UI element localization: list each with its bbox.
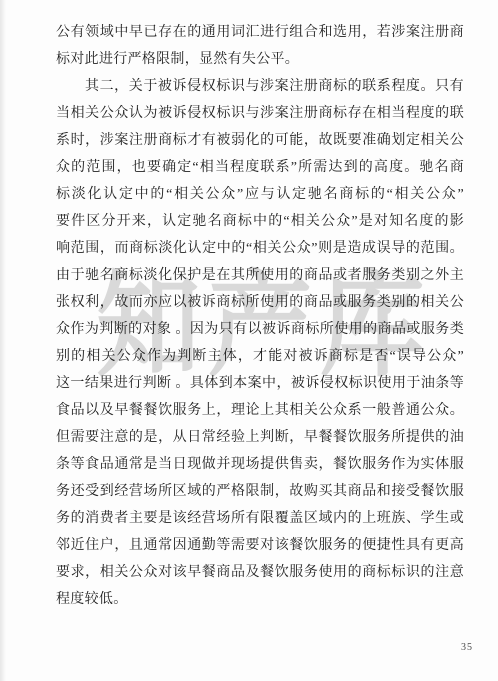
text-line: 务的消费者主要是该经营场所有限覆盖区域内的上班族、学生或 xyxy=(56,505,464,532)
text-line: 当相关公众认为被诉侵权标识与涉案注册商标存在相当程度的联 xyxy=(56,100,464,127)
page-number: 35 xyxy=(461,642,473,653)
text-line: 由于驰名商标淡化保护是在其所使用的商品或者服务类别之外主 xyxy=(56,262,464,289)
text-line: 系时，涉案注册商标才有被弱化的可能，故既要准确划定相关公 xyxy=(56,127,464,154)
text-line: 其二，关于被诉侵权标识与涉案注册商标的联系程度。只有 xyxy=(56,73,464,100)
text-line: 务还受到经营场所区域的严格限制，故购买其商品和接受餐饮服 xyxy=(56,478,464,505)
text-line: 别的相关公众作为判断主体，才能对被诉商标是否“误导公众” xyxy=(56,343,464,370)
text-line: 众作为判断的对象 。因为只有以被诉商标所使用的商品或服务类 xyxy=(56,316,464,343)
document-page: 知产库 公有领域中早已存在的通用词汇进行组合和选用，若涉案注册商标对此进行严格限… xyxy=(0,0,498,681)
body-text: 公有领域中早已存在的通用词汇进行组合和选用，若涉案注册商标对此进行严格限制，显然… xyxy=(56,19,464,613)
text-line: 食品以及早餐餐饮服务上，理论上其相关公众系一般普通公众。 xyxy=(56,397,464,424)
text-line: 条等食品通常是当日现做并现场提供售卖，餐饮服务作为实体服 xyxy=(56,451,464,478)
text-line: 公有领域中早已存在的通用词汇进行组合和选用，若涉案注册商 xyxy=(56,19,464,46)
text-line: 标对此进行严格限制，显然有失公平。 xyxy=(56,46,464,73)
text-line: 要件区分开来，认定驰名商标中的“相关公众”是对知名度的影 xyxy=(56,208,464,235)
text-line: 邻近住户，且通常因通勤等需要对该餐饮服务的便捷性具有更高 xyxy=(56,532,464,559)
text-line: 程度较低。 xyxy=(56,586,464,613)
text-line: 张权利，故而亦应以被诉商标所使用的商品或服务类别的相关公 xyxy=(56,289,464,316)
text-line: 众的范围，也要确定“相当程度联系”所需达到的高度。驰名商 xyxy=(56,154,464,181)
text-line: 这一结果进行判断 。具体到本案中，被诉侵权标识使用于油条等 xyxy=(56,370,464,397)
text-line: 但需要注意的是，从日常经验上判断，早餐餐饮服务所提供的油 xyxy=(56,424,464,451)
text-line: 标淡化认定中的“相关公众”应与认定驰名商标的“相关公众” xyxy=(56,181,464,208)
text-line: 要求，相关公众对该早餐商品及餐饮服务使用的商标标识的注意 xyxy=(56,559,464,586)
text-line: 响范围，而商标淡化认定中的“相关公众”则是造成误导的范围。 xyxy=(56,235,464,262)
